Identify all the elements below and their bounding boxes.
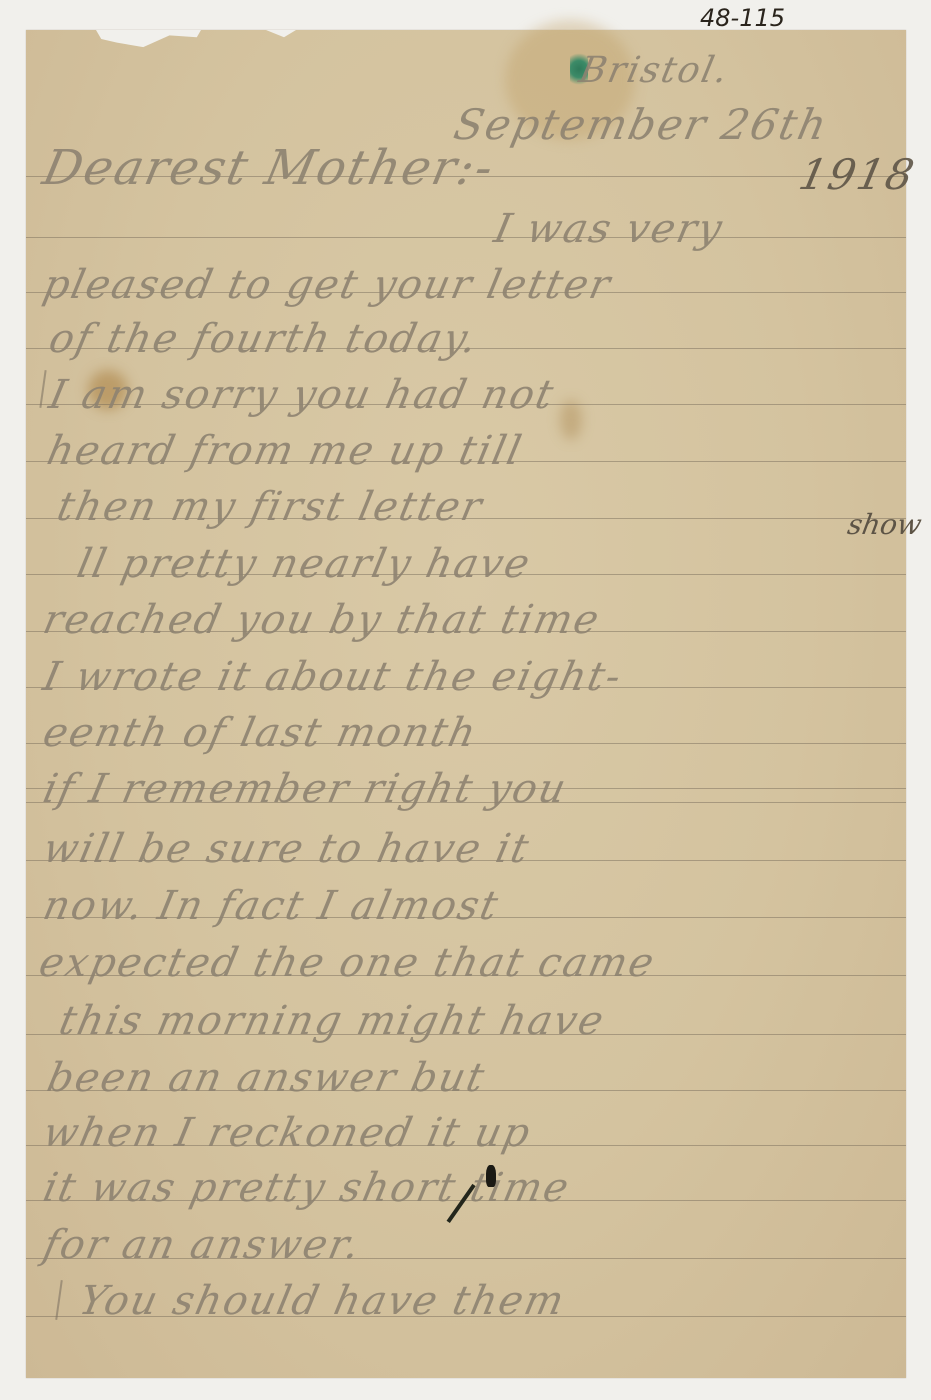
letter-line: been an answer but xyxy=(43,1055,490,1101)
letter-line: when I reckoned it up xyxy=(39,1110,536,1156)
letter-line: pleased to get your letter xyxy=(39,262,616,308)
letter-line: I wrote it about the eight- xyxy=(39,654,627,700)
letter-line: heard from me up till xyxy=(43,428,527,474)
letter-line: I was very xyxy=(490,206,728,252)
date-line: September 26th xyxy=(450,100,833,149)
letter-line: this morning might have xyxy=(55,998,609,1044)
place-name: Bristol. xyxy=(576,50,733,91)
letter-line: now. In fact I almost xyxy=(39,883,503,929)
letter-line: if I remember right you xyxy=(39,766,572,812)
letter-line: for an answer. xyxy=(39,1222,365,1268)
letter-line: eenth of last month xyxy=(39,710,482,756)
letter-line: ll pretty nearly have xyxy=(73,541,535,587)
year: 1918 xyxy=(795,150,920,199)
letter-line: of the fourth today. xyxy=(45,316,483,362)
paper-tear xyxy=(266,30,296,38)
letter-line: You should have them xyxy=(75,1278,570,1324)
letter-line: then my first letter xyxy=(53,484,487,530)
ruled-line xyxy=(26,237,906,238)
stain xyxy=(560,400,582,440)
ink-blot xyxy=(486,1165,496,1187)
letter-line: expected the one that came xyxy=(35,940,660,986)
letter-line: will be sure to have it xyxy=(39,826,534,872)
catalog-number: 48-115 xyxy=(700,4,785,32)
salutation: Dearest Mother:- xyxy=(38,140,500,196)
letter-line: reached you by that time xyxy=(39,597,605,643)
letter-line: I am sorry you had not xyxy=(45,372,559,418)
paper-tear xyxy=(96,30,201,48)
margin-note: show xyxy=(845,508,924,541)
